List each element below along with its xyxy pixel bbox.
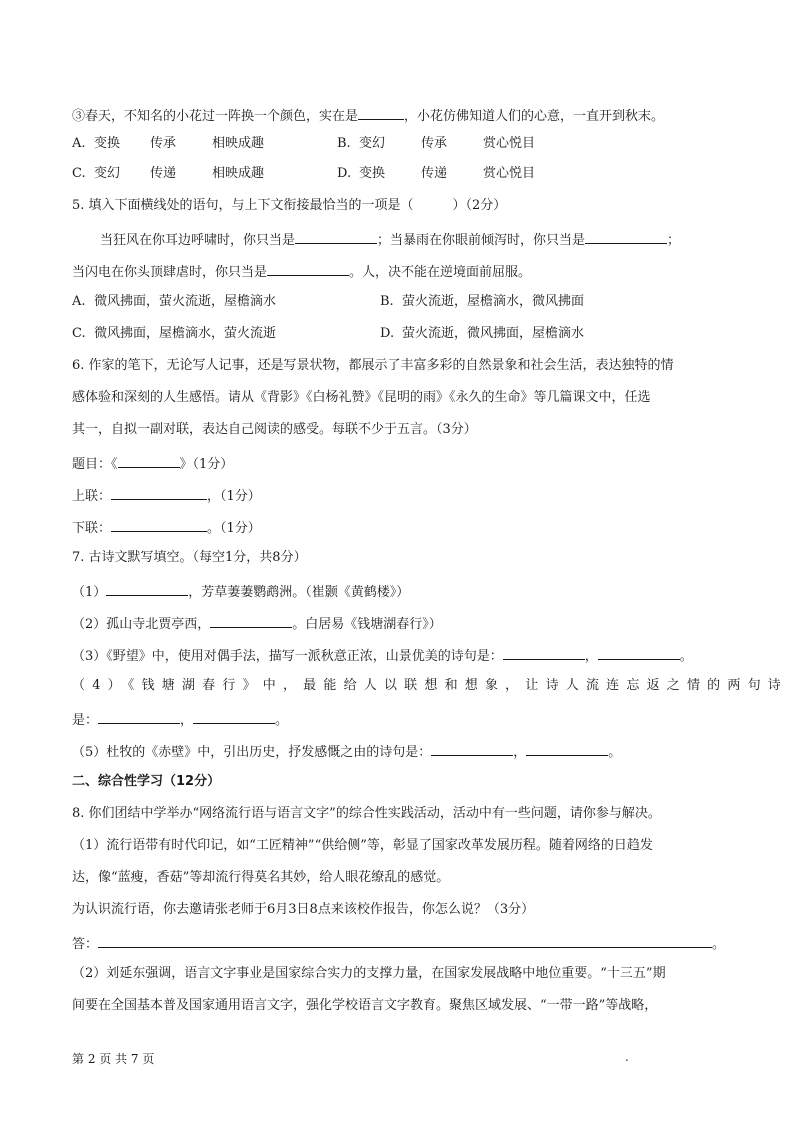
page-number: 第 2 页 共 7 页 <box>72 1050 154 1067</box>
item-text: 。白居易《钱塘湖春行》） <box>292 617 442 632</box>
q7-item3: （3）《野望》中，使用对偶手法，描写一派秋意正浓，山景优美的诗句是：，。 <box>72 646 693 665</box>
item-text: ， <box>585 649 598 664</box>
q8-part1-line1: （1）流行语带有时代印记，如“工匠精神”“供给侧”等，彰显了国家改革发展历程。随… <box>72 838 653 854</box>
sentence-text: ，小花仿佛知道人们的心意，一直开到秋末。 <box>404 109 664 124</box>
answer-blank[interactable] <box>98 934 712 948</box>
answer-blank[interactable] <box>431 742 513 756</box>
q8-part1-line2: 达，像“蓝瘦，香菇”等却流行得莫名其妙，给人眼花缭乱的感觉。 <box>72 870 449 886</box>
answer-blank[interactable] <box>358 106 404 120</box>
option-word: 传递 <box>150 166 212 182</box>
q7-item1: （1），芳草萋萋鹦鹉洲。（崔颢《黄鹤楼》） <box>72 582 409 601</box>
option-label: C. <box>72 326 94 342</box>
q8-part2-line1: （2）刘延东强调，语言文字事业是国家综合实力的支撑力量，在国家发展战略中地位重要… <box>72 966 666 982</box>
score-note: 》（1分） <box>180 457 234 472</box>
q4-option-c: C.变幻传递相映成趣 <box>72 166 264 182</box>
q5-option-d: D.萤火流逝，微风拂面，屋檐滴水 <box>380 326 584 342</box>
q5-passage-line1: 当狂风在你耳边呼啸时，你只当是；当暴雨在你眼前倾泻时，你只当是； <box>100 230 680 249</box>
item-text: 。 <box>680 649 693 664</box>
q5-option-c: C.微风拂面，屋檐滴水，萤火流逝 <box>72 326 276 342</box>
option-word: 相映成趣 <box>212 136 264 152</box>
option-label: D. <box>380 326 402 342</box>
option-word: 变幻 <box>359 136 421 152</box>
upper-couplet-blank[interactable] <box>111 486 207 500</box>
score-note: ，（1分） <box>207 489 261 504</box>
q6-upper-couplet-row: 上联：，（1分） <box>72 486 261 505</box>
item-text: （5）杜牧的《赤壁》中，引出历史，抒发感慨之由的诗句是： <box>72 745 431 760</box>
q8-stem: 8. 你们团结中学举办“网络流行语与语言文字”的综合性实践活动，活动中有一些问题… <box>72 806 661 822</box>
title-blank[interactable] <box>118 454 180 468</box>
section-heading: 二、综合性学习（12分） <box>72 774 220 790</box>
answer-blank[interactable] <box>210 614 292 628</box>
answer-blank[interactable] <box>526 742 608 756</box>
item-text: 是： <box>72 713 98 728</box>
passage-text: 当闪电在你头顶肆虐时，你只当是 <box>72 265 267 280</box>
passage-text: 。人，决不能在逆境面前屈服。 <box>349 265 531 280</box>
q6-stem-line3: 其一，自拟一副对联，表达自己阅读的感受。每联不少于五言。（3分） <box>72 422 477 438</box>
answer-blank[interactable] <box>98 710 180 724</box>
item-label: （1） <box>72 585 106 600</box>
sentence-text: ③春天，不知名的小花过一阵换一个颜色，实在是 <box>72 109 358 124</box>
answer-blank[interactable] <box>106 582 188 596</box>
item-text: ， <box>180 713 193 728</box>
option-word: 赏心悦目 <box>483 136 535 152</box>
item-text: 。 <box>608 745 621 760</box>
option-word: 传承 <box>421 136 483 152</box>
q5-passage-line2: 当闪电在你头顶肆虐时，你只当是。人，决不能在逆境面前屈服。 <box>72 262 531 281</box>
footer-mark: . <box>625 1050 629 1064</box>
option-label: A. <box>72 294 94 310</box>
item-text: 。 <box>275 713 288 728</box>
answer-end: 。 <box>712 937 725 952</box>
passage-text: ；当暴雨在你眼前倾泻时，你只当是 <box>377 233 585 248</box>
item-text: （2）孤山寺北贾亭西， <box>72 617 210 632</box>
q6-title-row: 题目：《》（1分） <box>72 454 233 473</box>
answer-blank[interactable] <box>585 230 667 244</box>
option-word: 变幻 <box>94 166 150 182</box>
answer-blank[interactable] <box>193 710 275 724</box>
answer-blank[interactable] <box>267 262 349 276</box>
q4-option-d: D.变换传递赏心悦目 <box>337 166 535 182</box>
q5-stem: 5. 填入下面横线处的语句，与上下文衔接最恰当的一项是（ ）（2分） <box>72 198 506 214</box>
answer-blank[interactable] <box>503 646 585 660</box>
q8-answer-row: 答：。 <box>72 934 725 953</box>
option-word: 传承 <box>150 136 212 152</box>
item-text: ， <box>513 745 526 760</box>
option-label: D. <box>337 166 359 182</box>
option-label: B. <box>337 136 359 152</box>
answer-blank[interactable] <box>598 646 680 660</box>
score-note: 。（1分） <box>207 521 261 536</box>
item-text: （3）《野望》中，使用对偶手法，描写一派秋意正浓，山景优美的诗句是： <box>72 649 503 664</box>
option-word: 变换 <box>359 166 421 182</box>
option-label: C. <box>72 166 94 182</box>
q8-part2-line2: 间要在全国基本普及国家通用语言文字，强化学校语言文字教育。聚焦区域发展、“一带一… <box>72 998 657 1014</box>
q6-lower-couplet-row: 下联：。（1分） <box>72 518 261 537</box>
option-word: 传递 <box>421 166 483 182</box>
q7-item2: （2）孤山寺北贾亭西，。白居易《钱塘湖春行》） <box>72 614 442 633</box>
option-text: 萤火流逝，屋檐滴水，微风拂面 <box>402 294 584 310</box>
q7-item4-line2: 是：，。 <box>72 710 288 729</box>
option-word: 相映成趣 <box>212 166 264 182</box>
q7-item4-line1: （4）《钱塘湖春行》中，最能给人以联想和想象，让诗人流连忘返之情的两句诗 <box>72 678 788 694</box>
field-label: 下联： <box>72 521 111 536</box>
q7-item5: （5）杜牧的《赤壁》中，引出历史，抒发感慨之由的诗句是：，。 <box>72 742 621 761</box>
option-label: A. <box>72 136 94 152</box>
field-label: 题目：《 <box>72 457 118 472</box>
option-word: 赏心悦目 <box>483 166 535 182</box>
q7-stem: 7. 古诗文默写填空。（每空1分，共8分） <box>72 550 307 566</box>
q4-option-a: A.变换传承相映成趣 <box>72 136 264 152</box>
q5-option-a: A.微风拂面，萤火流逝，屋檐滴水 <box>72 294 276 310</box>
option-text: 微风拂面，萤火流逝，屋檐滴水 <box>94 294 276 310</box>
q5-option-b: B.萤火流逝，屋檐滴水，微风拂面 <box>380 294 584 310</box>
passage-text: ； <box>667 233 680 248</box>
answer-blank[interactable] <box>295 230 377 244</box>
option-word: 变换 <box>94 136 150 152</box>
passage-text: 当狂风在你耳边呼啸时，你只当是 <box>100 233 295 248</box>
q4-item3-sentence: ③春天，不知名的小花过一阵换一个颜色，实在是，小花仿佛知道人们的心意，一直开到秋… <box>72 106 664 125</box>
q8-part1-question: 为认识流行语，你去邀请张老师于6月3日8点来该校作报告，你怎么说？（3分） <box>72 902 534 918</box>
option-text: 微风拂面，屋檐滴水，萤火流逝 <box>94 326 276 342</box>
item-text: ，芳草萋萋鹦鹉洲。（崔颢《黄鹤楼》） <box>188 585 409 600</box>
q6-stem-line1: 6. 作家的笔下，无论写人记事，还是写景状物，都展示了丰富多彩的自然景象和社会生… <box>72 358 674 374</box>
q4-option-b: B.变幻传承赏心悦目 <box>337 136 535 152</box>
lower-couplet-blank[interactable] <box>111 518 207 532</box>
answer-label: 答： <box>72 937 98 952</box>
option-label: B. <box>380 294 402 310</box>
field-label: 上联： <box>72 489 111 504</box>
option-text: 萤火流逝，微风拂面，屋檐滴水 <box>402 326 584 342</box>
q6-stem-line2: 感体验和深刻的人生感悟。请从《背影》《白杨礼赞》《昆明的雨》《永久的生命》等几篇… <box>72 390 651 406</box>
